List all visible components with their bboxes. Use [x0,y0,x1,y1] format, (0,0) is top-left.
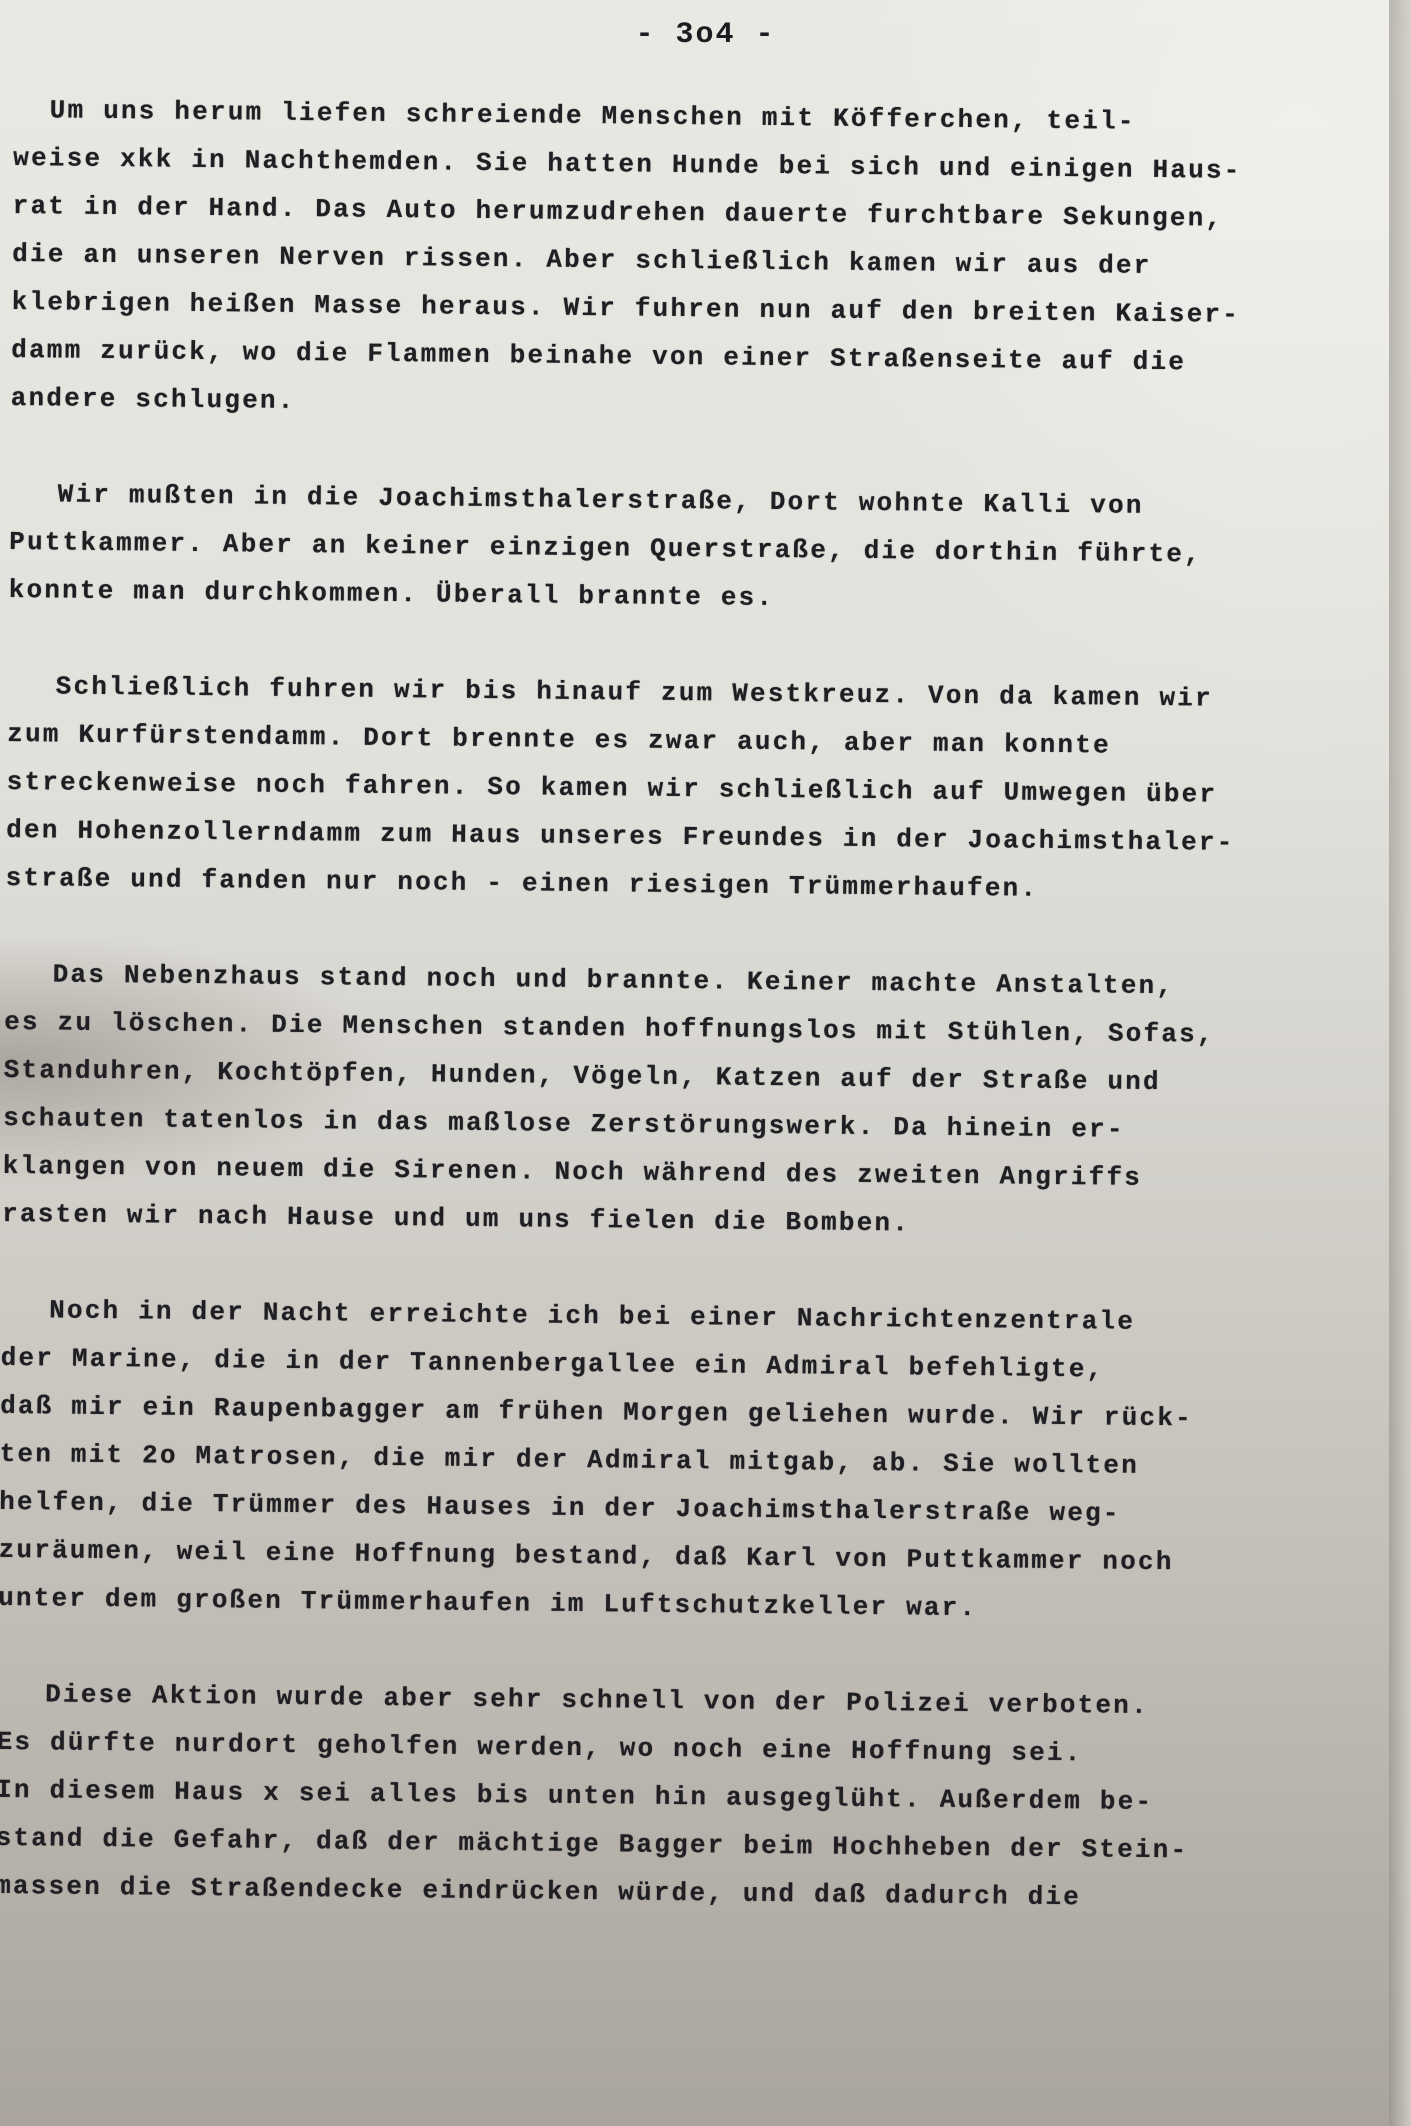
typewritten-page: - 3o4 - Um uns herum liefen schreiende M… [0,0,1411,2126]
paragraph-5: Noch in der Nacht erreichte ich bei eine… [0,1286,1371,1636]
page-number: - 3o4 - [0,18,1411,52]
paragraph-1: Um uns herum liefen schreiende Menschen … [10,86,1383,436]
paragraph-2: Wir mußten in die Joachimsthalerstraße, … [8,470,1379,628]
paragraph-4: Das Nebenzhaus stand noch und brannte. K… [2,950,1375,1252]
document-body: Um uns herum liefen schreiende Menschen … [0,86,1384,1972]
page-edge-shadow [1389,0,1411,2126]
paragraph-6: Diese Aktion wurde aber sehr schnell von… [0,1670,1367,1924]
paragraph-3: Schließlich fuhren wir bis hinauf zum We… [5,662,1377,916]
